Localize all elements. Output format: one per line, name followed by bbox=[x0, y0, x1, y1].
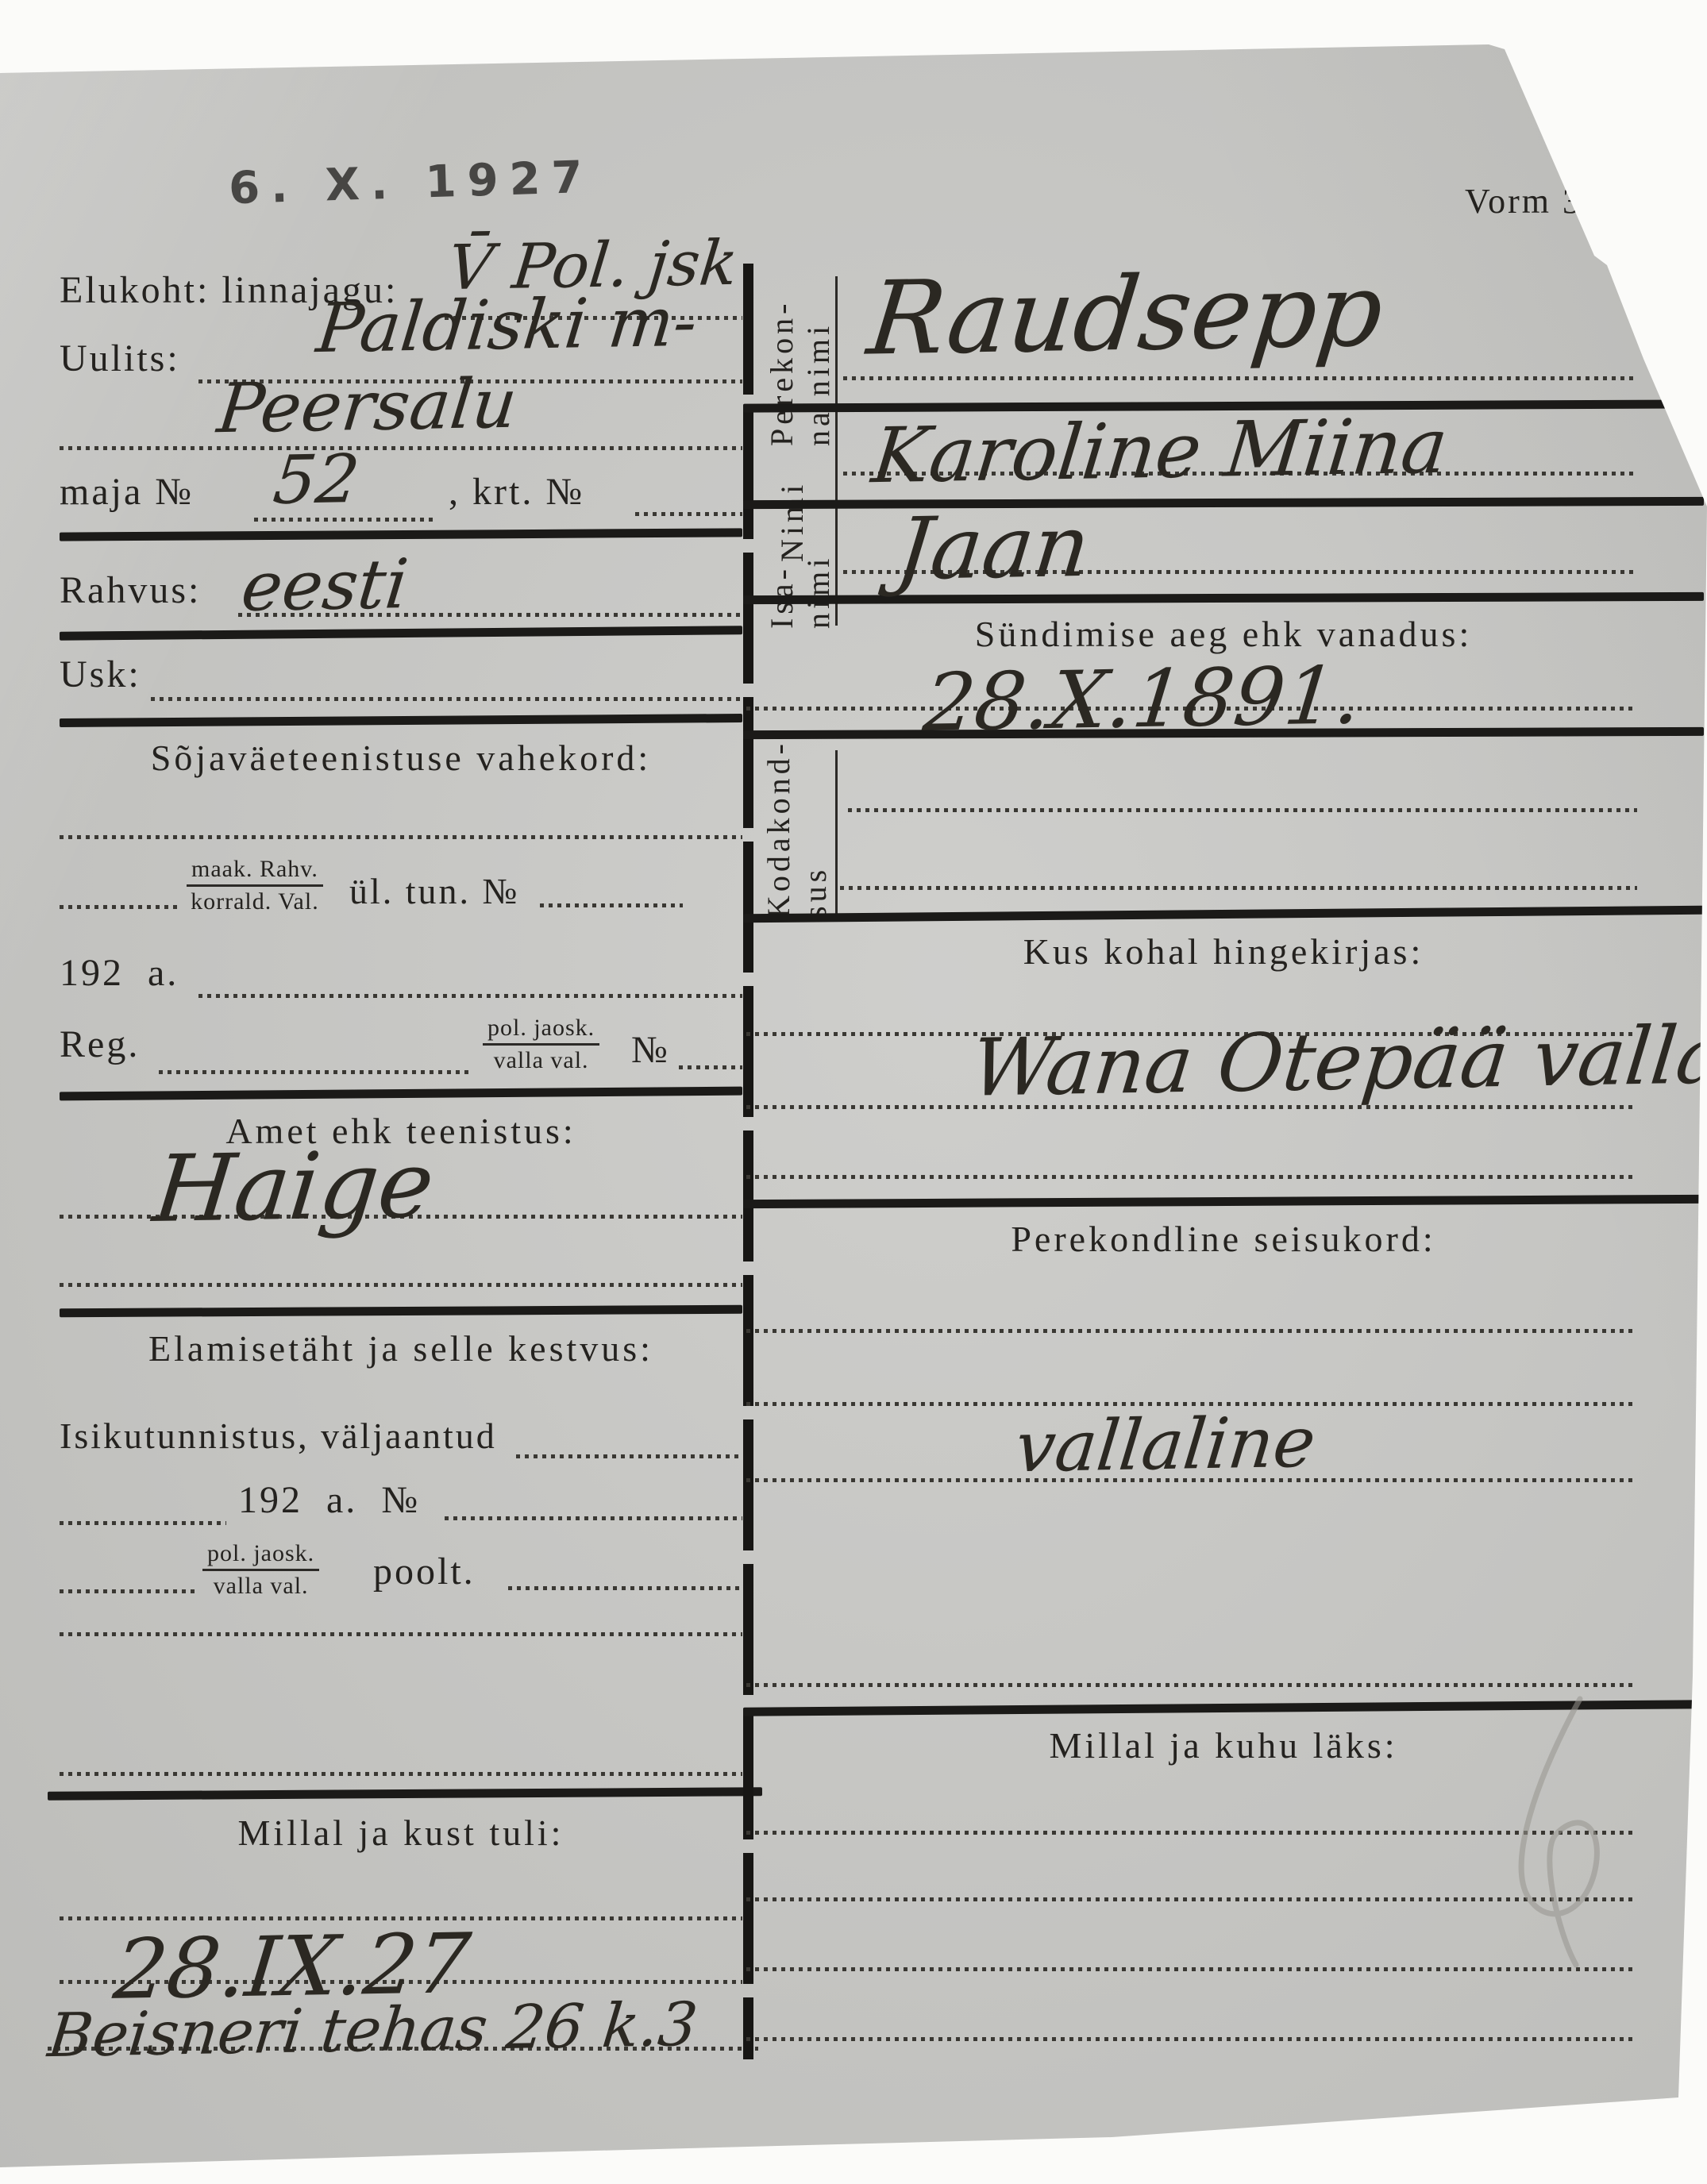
year2-prefix: 192 bbox=[238, 1479, 302, 1521]
family-heading: Perekondline seisukord: bbox=[743, 1218, 1704, 1260]
elamiset-heading: Elamisetäht ja selle kestvus: bbox=[60, 1327, 742, 1369]
pencil-mark bbox=[1461, 1691, 1667, 1969]
pol-fraction2-bottom: valla val. bbox=[202, 1571, 319, 1600]
pol-fraction-1: pol. jaosk. valla val. bbox=[483, 1015, 599, 1074]
laks-line-4 bbox=[746, 2037, 1636, 2041]
year2-a: a. bbox=[326, 1479, 357, 1521]
isik-line bbox=[516, 1454, 742, 1458]
hingekiri-heading: Kus kohal hingekirjas: bbox=[743, 930, 1704, 973]
millal-tuli-heading: Millal ja kust tuli: bbox=[60, 1812, 742, 1854]
year2-lead-line bbox=[60, 1521, 226, 1525]
krt-label: , krt. № bbox=[449, 470, 584, 514]
father-label-line1: Isa- bbox=[764, 518, 800, 629]
hingekiri-line-3 bbox=[746, 1175, 1636, 1179]
rule bbox=[60, 1305, 742, 1318]
scanned-registration-card: 6. X. 1927 Vorm 3 Elukoht: linnajagu: V̄… bbox=[0, 0, 1707, 2184]
label-rule bbox=[835, 514, 838, 626]
uulits-handwriting-2: Peersalu bbox=[214, 364, 520, 449]
uulits-line-2 bbox=[60, 446, 742, 450]
rule bbox=[743, 592, 1704, 604]
center-divider bbox=[743, 264, 753, 2059]
rule bbox=[60, 528, 742, 541]
section-line-2 bbox=[60, 1772, 742, 1776]
military-line-1 bbox=[60, 835, 742, 839]
label-rule bbox=[835, 276, 838, 439]
krt-line bbox=[635, 512, 742, 516]
rule bbox=[48, 1787, 762, 1800]
maak-fraction-top: maak. Rahv. bbox=[187, 856, 323, 887]
family-handwriting: vallaline bbox=[1011, 1401, 1320, 1489]
form-code: Vorm 3 bbox=[1465, 181, 1582, 221]
rule bbox=[60, 1087, 742, 1101]
pol-fraction-top: pol. jaosk. bbox=[483, 1015, 599, 1046]
citizenship-line-1 bbox=[848, 808, 1637, 812]
rule bbox=[60, 714, 742, 727]
rule bbox=[743, 906, 1704, 923]
amet-line-2 bbox=[60, 1283, 742, 1287]
isik-label: Isikutunnistus, väljaantud bbox=[60, 1415, 497, 1457]
surname-handwriting: Raudsepp bbox=[863, 251, 1389, 378]
usk-label: Usk: bbox=[60, 653, 141, 696]
name-handwriting: Karoline Miina bbox=[868, 402, 1451, 501]
citizenship-label-line1: Kodakond- bbox=[761, 756, 797, 919]
year2-row: 192 a. № bbox=[238, 1478, 420, 1522]
reg-no-sign: № bbox=[631, 1028, 670, 1072]
maak-lead-line bbox=[60, 905, 179, 909]
reg-label: Reg. bbox=[60, 1023, 140, 1066]
paper-sheet: 6. X. 1927 Vorm 3 Elukoht: linnajagu: V̄… bbox=[0, 0, 1707, 2184]
tuli-place-handwriting: Beisneri tehas 26 k.3 bbox=[45, 1989, 701, 2070]
poolt-lead-line bbox=[60, 1589, 195, 1593]
rule bbox=[60, 626, 742, 641]
citizenship-label-line2: sus bbox=[797, 756, 834, 919]
usk-line bbox=[151, 697, 742, 701]
uulits-handwriting-1: Paldiski m- bbox=[313, 283, 701, 368]
year2-no: № bbox=[381, 1479, 420, 1521]
hingekiri-handwriting: Wana Otepää vallas bbox=[967, 1007, 1707, 1114]
uulits-label: Uulits: bbox=[60, 337, 180, 380]
reg-no-line bbox=[679, 1065, 742, 1069]
reg-line bbox=[159, 1070, 468, 1074]
father-handwriting: Jaan bbox=[892, 497, 1094, 599]
pol-fraction-bottom: valla val. bbox=[483, 1046, 599, 1074]
military-heading: Sõjaväeteenistuse vahekord: bbox=[60, 737, 742, 779]
amet-handwriting: Haige bbox=[149, 1131, 439, 1243]
birth-handwriting: 28.X.1891. bbox=[919, 649, 1366, 749]
maja-label: maja № bbox=[60, 470, 194, 514]
surname-vertical-label: Perekon- na nimi bbox=[764, 279, 837, 446]
year-a: a. bbox=[148, 952, 179, 994]
maja-handwriting: 52 bbox=[270, 440, 363, 519]
poolt-label: poolt. bbox=[373, 1550, 476, 1593]
rule bbox=[743, 1195, 1704, 1208]
maak-fraction-bottom: korrald. Val. bbox=[187, 887, 323, 915]
section-line-1 bbox=[60, 1632, 742, 1636]
birth-heading: Sündimise aeg ehk vanadus: bbox=[743, 613, 1704, 655]
citizenship-line-2 bbox=[840, 886, 1637, 890]
rahvus-handwriting: eesti bbox=[238, 545, 412, 627]
father-vertical-label: Isa- nimi bbox=[764, 518, 837, 629]
surname-line bbox=[843, 376, 1637, 380]
surname-label-line1: Perekon- bbox=[764, 279, 800, 446]
father-label-line2: nimi bbox=[800, 518, 837, 629]
year-row: 192 a. bbox=[60, 951, 179, 995]
section-line-3 bbox=[746, 1683, 1636, 1687]
poolt-line bbox=[508, 1586, 742, 1590]
rahvus-label: Rahvus: bbox=[60, 568, 201, 612]
pol-fraction2-top: pol. jaosk. bbox=[202, 1540, 319, 1571]
year-line bbox=[198, 994, 742, 998]
year-prefix: 192 bbox=[60, 952, 124, 994]
ul-tun-line bbox=[540, 903, 683, 907]
date-stamp: 6. X. 1927 bbox=[228, 152, 594, 214]
family-line-1 bbox=[746, 1329, 1636, 1333]
year2-line bbox=[445, 1516, 742, 1520]
label-rule bbox=[835, 750, 838, 917]
ul-tun-label: ül. tun. № bbox=[349, 870, 519, 912]
pol-fraction-2: pol. jaosk. valla val. bbox=[202, 1540, 319, 1600]
surname-label-line2: na nimi bbox=[800, 279, 837, 446]
citizenship-vertical-label: Kodakond- sus bbox=[761, 756, 834, 919]
maak-fraction: maak. Rahv. korrald. Val. bbox=[187, 856, 323, 915]
